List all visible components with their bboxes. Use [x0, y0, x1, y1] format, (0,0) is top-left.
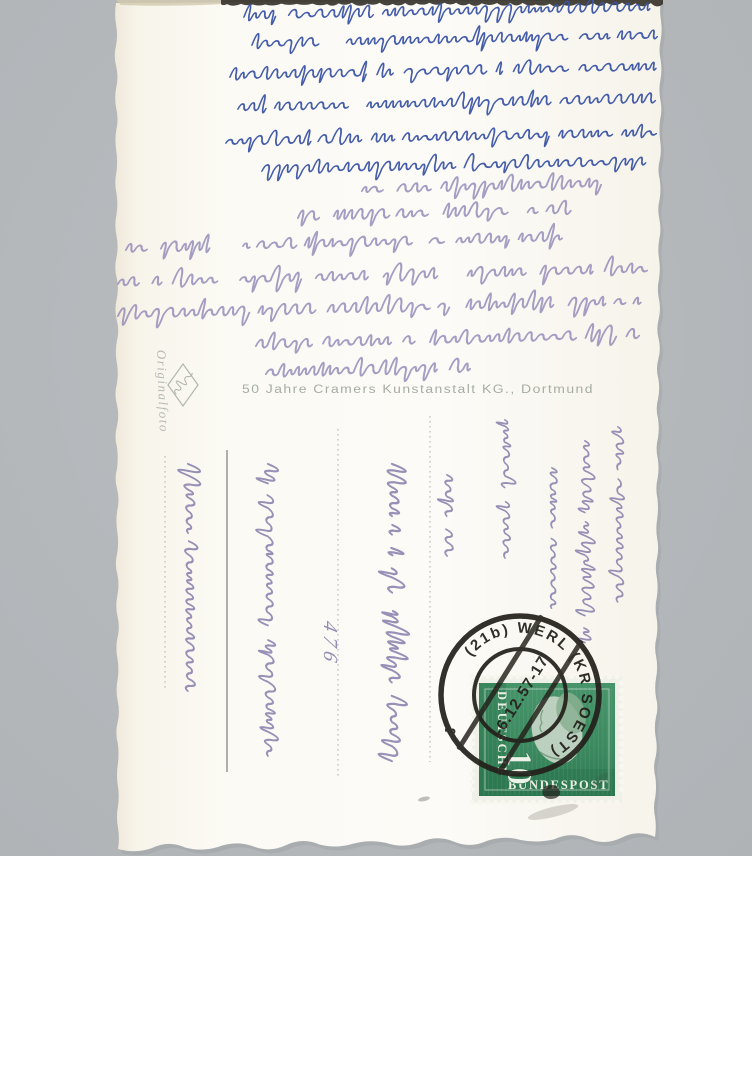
- scanned-postcard-page: 50 Jahre Cramers Kunstanstalt KG., Dortm…: [0, 0, 752, 1072]
- originalfoto-imprint: Originalfoto: [154, 350, 172, 433]
- stamp-value-text: 10: [500, 750, 539, 785]
- publisher-imprint: 50 Jahre Cramers Kunstanstalt KG., Dortm…: [242, 384, 594, 396]
- postal-code-handwriting: 476: [319, 619, 341, 669]
- postcard-scan: 50 Jahre Cramers Kunstanstalt KG., Dortm…: [0, 0, 752, 1072]
